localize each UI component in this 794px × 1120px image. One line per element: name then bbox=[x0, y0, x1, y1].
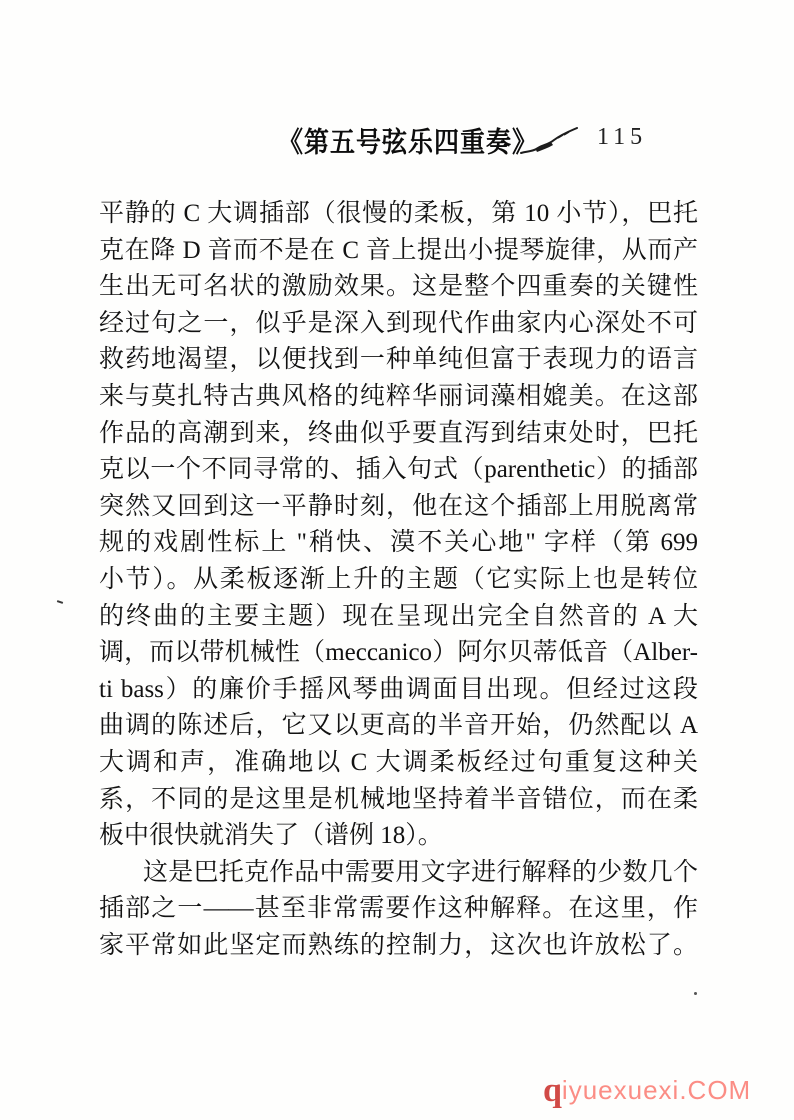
body-line: 家平常如此坚定而熟练的控制力，这次也许放松了。因 bbox=[99, 928, 698, 965]
scan-speck bbox=[57, 600, 63, 604]
body-line: 板中很快就消失了（谱例 18）。 bbox=[99, 818, 698, 855]
page-header: 《第五号弦乐四重奏》 115 bbox=[0, 118, 794, 164]
scan-speck bbox=[694, 992, 697, 995]
body-line: 大调和声，准确地以 C 大调柔板经过句重复这种关 bbox=[99, 745, 698, 782]
pen-flourish-icon bbox=[518, 126, 580, 156]
body-line: 作品的高潮到来，终曲似乎要直泻到结束处时，巴托 bbox=[99, 416, 698, 453]
body-line: 生出无可名状的激励效果。这是整个四重奏的关键性 bbox=[99, 269, 698, 306]
watermark-prefix: q bbox=[543, 1072, 562, 1109]
body-line: 系，不同的是这里是机械地坚持着半音错位，而在柔 bbox=[99, 782, 698, 819]
book-page: 《第五号弦乐四重奏》 115 平静的 C 大调插部（很慢的柔板，第 10 小节）… bbox=[0, 0, 794, 1120]
body-line: 经过句之一，似乎是深入到现代作曲家内心深处不可 bbox=[99, 306, 698, 343]
body-line: 来与莫扎特古典风格的纯粹华丽词藻相媲美。在这部 bbox=[99, 379, 698, 416]
body-line: 的终曲的主要主题）现在呈现出完全自然音的 A 大 bbox=[99, 599, 698, 636]
body-line: 突然又回到这一平静时刻，他在这个插部上用脱离常 bbox=[99, 489, 698, 526]
body-line: 这是巴托克作品中需要用文字进行解释的少数几个 bbox=[99, 855, 698, 892]
body-line: 小节）。从柔板逐渐上升的主题（它实际上也是转位 bbox=[99, 562, 698, 599]
body-line: 调，而以带机械性（meccanico）阿尔贝蒂低音（Alber- bbox=[99, 635, 698, 672]
body-line: 克以一个不同寻常的、插入句式（parenthetic）的插部 bbox=[99, 452, 698, 489]
page-number: 115 bbox=[597, 124, 647, 151]
body-line: ti bass）的廉价手摇风琴曲调面目出现。但经过这段 bbox=[99, 672, 698, 709]
body-line: 规的戏剧性标上 "稍快、漠不关心地" 字样（第 699 bbox=[99, 525, 698, 562]
body-line: 曲调的陈述后，它又以更高的半音开始，仍然配以 A bbox=[99, 708, 698, 745]
site-watermark: qiyuexuexi.COM bbox=[543, 1074, 751, 1108]
chapter-title: 《第五号弦乐四重奏》 bbox=[278, 120, 538, 160]
watermark-suffix: .COM bbox=[679, 1075, 751, 1105]
watermark-mid: iyuexuexi bbox=[562, 1075, 679, 1105]
body-line: 克在降 D 音而不是在 C 音上提出小提琴旋律，从而产 bbox=[99, 233, 698, 270]
body-line: 平静的 C 大调插部（很慢的柔板，第 10 小节），巴托 bbox=[99, 196, 698, 233]
body-text: 平静的 C 大调插部（很慢的柔板，第 10 小节），巴托 克在降 D 音而不是在… bbox=[99, 196, 698, 964]
body-line: 救药地渴望，以便找到一种单纯但富于表现力的语言 bbox=[99, 342, 698, 379]
body-line: 插部之一——甚至非常需要作这种解释。在这里，作曲 bbox=[99, 891, 698, 928]
